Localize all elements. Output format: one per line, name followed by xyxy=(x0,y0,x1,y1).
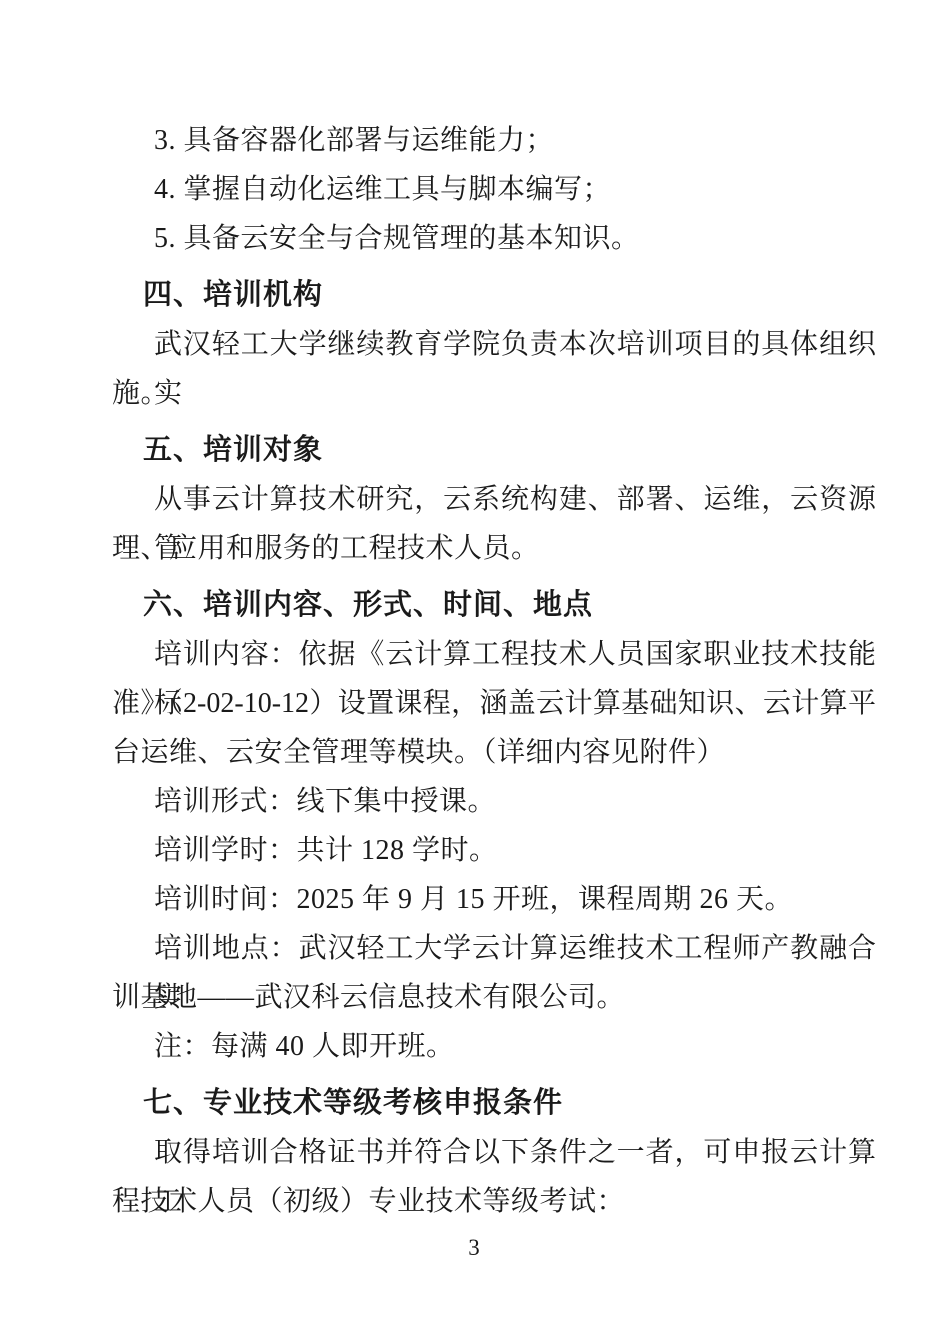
document-line: 程技术人员（初级）专业技术等级考试： xyxy=(112,1177,876,1226)
document-line: 施。 xyxy=(112,369,876,418)
document-line: 培训学时：共计 128 学时。 xyxy=(112,826,876,875)
document-line: 训基地——武汉科云信息技术有限公司。 xyxy=(112,973,876,1022)
section-heading: 五、培训对象 xyxy=(112,426,876,475)
document-line: 5. 具备云安全与合规管理的基本知识。 xyxy=(112,214,876,263)
section-heading: 七、专业技术等级考核申报条件 xyxy=(112,1079,876,1128)
document-line: 培训时间：2025 年 9 月 15 开班，课程周期 26 天。 xyxy=(112,875,876,924)
document-line: 4. 掌握自动化运维工具与脚本编写； xyxy=(112,165,876,214)
document-page: 3. 具备容器化部署与运维能力；4. 掌握自动化运维工具与脚本编写；5. 具备云… xyxy=(0,0,948,1339)
section-heading: 四、培训机构 xyxy=(112,271,876,320)
section-heading: 六、培训内容、形式、时间、地点 xyxy=(112,581,876,630)
document-line: 培训形式：线下集中授课。 xyxy=(112,777,876,826)
document-line: 取得培训合格证书并符合以下条件之一者，可申报云计算工 xyxy=(112,1128,876,1177)
document-line: 准》（2-02-10-12）设置课程，涵盖云计算基础知识、云计算平 xyxy=(112,679,876,728)
document-line: 理、应用和服务的工程技术人员。 xyxy=(112,524,876,573)
document-line: 培训内容：依据《云计算工程技术人员国家职业技术技能标 xyxy=(112,630,876,679)
document-line: 3. 具备容器化部署与运维能力； xyxy=(112,116,876,165)
document-line: 从事云计算技术研究，云系统构建、部署、运维，云资源管 xyxy=(112,475,876,524)
document-text-block: 3. 具备容器化部署与运维能力；4. 掌握自动化运维工具与脚本编写；5. 具备云… xyxy=(112,116,876,1226)
document-line: 培训地点：武汉轻工大学云计算运维技术工程师产教融合实 xyxy=(112,924,876,973)
page-number: 3 xyxy=(0,1235,948,1261)
document-line: 注：每满 40 人即开班。 xyxy=(112,1022,876,1071)
document-line: 台运维、云安全管理等模块。（详细内容见附件） xyxy=(112,728,876,777)
document-line: 武汉轻工大学继续教育学院负责本次培训项目的具体组织实 xyxy=(112,320,876,369)
